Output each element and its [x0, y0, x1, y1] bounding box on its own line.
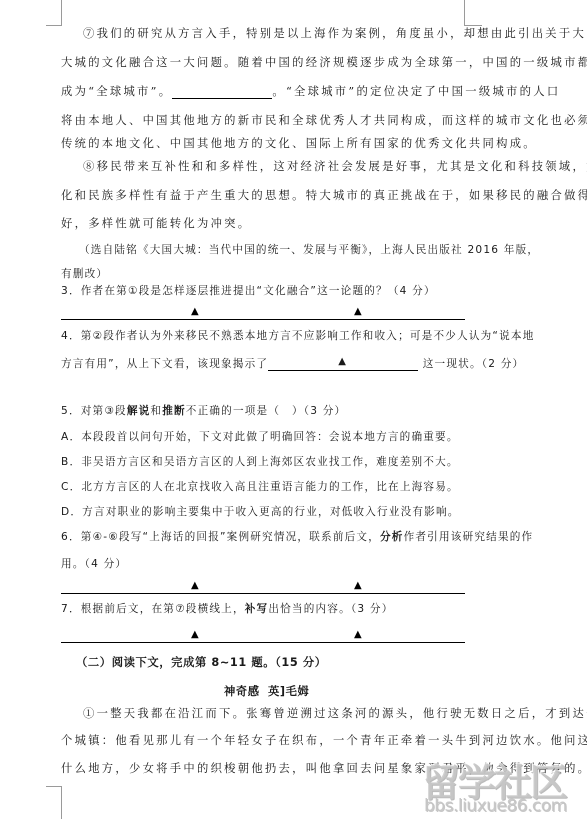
question-5-option-d[interactable]: D．方言对职业的影响主要集中于收入更高的行业，对低收入行业没有影响。 [61, 505, 464, 519]
question-5-prefix: 5．对第③段 [61, 405, 127, 417]
section-two-heading: （二）阅读下文，完成第 8~11 题。（15 分） [76, 654, 327, 670]
question-3-text: 3．作者在第①段是怎样逐层推进提出“文化融合”这一论题的？（4 分） [61, 284, 464, 298]
answer-marker-icon: ▲ [191, 581, 199, 591]
question-5-option-b[interactable]: B．非吴语方言区和吴语方言区的人到上海郊区农业找工作，难度差别不大。 [61, 455, 464, 469]
answer-marker-icon: ▲ [338, 355, 347, 369]
para8-line2: 化和民族多样性有益于产生重大的思想。特大城市的真正挑战在于，如果移民的融合做得不 [61, 189, 464, 203]
question-7-prefix: 7．根据前后文，在第⑦段横线上， [61, 603, 245, 615]
question-4-answer-blank[interactable]: ▲ [268, 358, 418, 371]
story-para1-line2: 个城镇：他看见那儿有一个年轻女子在织布，一个青年正牵着一头牛到河边饮水。他问这是 [61, 734, 464, 748]
question-6-line2: 用。（4 分） [61, 557, 464, 571]
para7-line2: 大城的文化融合这一大问题。随着中国的经济规模逐步成为全球第一，中国的一级城市都将 [61, 56, 464, 70]
question-5-suffix: 不正确的一项是（ ）（3 分） [186, 405, 347, 417]
para7-line3-after: 。“全球城市”的定位决定了中国一级城市的人口 [272, 85, 560, 98]
para7-line1: ⑦我们的研究从方言入手，特别是以上海作为案例，角度虽小，却想由此引出关于大国 [61, 27, 486, 41]
question-6-bold-analyze: 分析 [380, 531, 404, 543]
question-5-stem: 5．对第③段解说和推断不正确的一项是（ ）（3 分） [61, 404, 464, 418]
question-4-line2-before: 方言有用”，从上下文看，该现象揭示了 [61, 358, 268, 370]
question-6-line1: 6．第④-⑥段写“上海话的回报”案例研究情况，联系前后文，分析作者引用该研究结果… [61, 530, 464, 544]
story-author: 英]毛姆 [268, 683, 309, 699]
question-7-bold-write: 补写 [245, 603, 269, 615]
fill-in-blank-para7[interactable] [172, 86, 272, 99]
answer-marker-icon: ▲ [354, 630, 362, 640]
para8-line1: ⑧移民带来互补性和和多样性，这对经济社会发展是好事，尤其是文化和科技领域，文 [61, 160, 486, 174]
answer-marker-icon: ▲ [354, 307, 362, 317]
question-3-answer-line[interactable]: ▲ ▲ [61, 305, 465, 320]
source-citation-line2: 有删改） [61, 267, 464, 281]
para7-line5: 传统的本地文化、中国其他地方的文化、国际上所有国家的优秀文化共同构成。 [61, 137, 464, 151]
question-4-line1: 4．第②段作者认为外来移民不熟悉本地方言不应影响工作和收入；可是不少人认为“说本… [61, 329, 464, 343]
question-5-bold-infer: 推断 [162, 405, 186, 417]
question-6-prefix: 6．第④-⑥段写“上海话的回报”案例研究情况，联系前后文， [61, 531, 380, 543]
question-4-line2: 方言有用”，从上下文看，该现象揭示了▲ 这一现状。（2 分） [61, 357, 464, 371]
question-7-suffix: 出恰当的内容。（3 分） [268, 603, 393, 615]
question-4-line2-after: 这一现状。（2 分） [423, 358, 525, 370]
answer-marker-icon: ▲ [191, 307, 199, 317]
question-6-suffix: 作者引用该研究结果的作 [404, 531, 534, 543]
story-title: 神奇感 [224, 683, 260, 699]
story-para1-line1: ①一整天我都在沿江而下。张骞曾逆溯过这条河的源头，他行驶无数日之后，才到达一 [61, 707, 486, 721]
document-page: ⑦我们的研究从方言入手，特别是以上海作为案例，角度虽小，却想由此引出关于大国 大… [0, 0, 587, 819]
source-citation-line1: （选自陆铭《大国大城：当代中国的统一、发展与平衡》，上海人民出版社 2016 年… [61, 243, 482, 257]
question-5-option-c[interactable]: C．北方方言区的人在北京找收入高且注重语言能力的工作，比在上海容易。 [61, 480, 464, 494]
question-6-answer-line[interactable]: ▲ ▲ [61, 579, 465, 594]
watermark-url: bbs.liuxue86.com [424, 796, 567, 816]
crop-mark-top-right [464, 0, 482, 26]
answer-marker-icon: ▲ [191, 630, 199, 640]
question-7-text: 7．根据前后文，在第⑦段横线上，补写出恰当的内容。（3 分） [61, 602, 464, 616]
para7-line4: 将由本地人、中国其他地方的新市民和全球优秀人才共同构成，而这样的城市文化也必须由 [61, 114, 464, 128]
question-5-mid: 和 [150, 405, 162, 417]
para7-line3: 成为“全球城市”。。“全球城市”的定位决定了中国一级城市的人口 [61, 85, 464, 99]
question-5-bold-explain: 解说 [127, 405, 151, 417]
question-7-answer-line[interactable]: ▲ ▲ [61, 628, 465, 643]
crop-mark-bottom-left [46, 786, 62, 819]
para7-line3-before: 成为“全球城市”。 [61, 85, 172, 98]
para8-line3: 好，多样性就可能转化为冲突。 [61, 217, 464, 231]
story-para1-line3: 什么地方，少女将手中的织梭朝他扔去，叫他拿回去问星象家严君平，他会得到答复的。 [61, 762, 464, 776]
answer-marker-icon: ▲ [354, 581, 362, 591]
watermark-brand: 留学社区 [422, 752, 566, 807]
question-5-option-a[interactable]: A．本段段首以问句开始，下文对此做了明确回答：会说本地方言的确重要。 [61, 430, 464, 444]
crop-mark-top-left [46, 0, 62, 26]
